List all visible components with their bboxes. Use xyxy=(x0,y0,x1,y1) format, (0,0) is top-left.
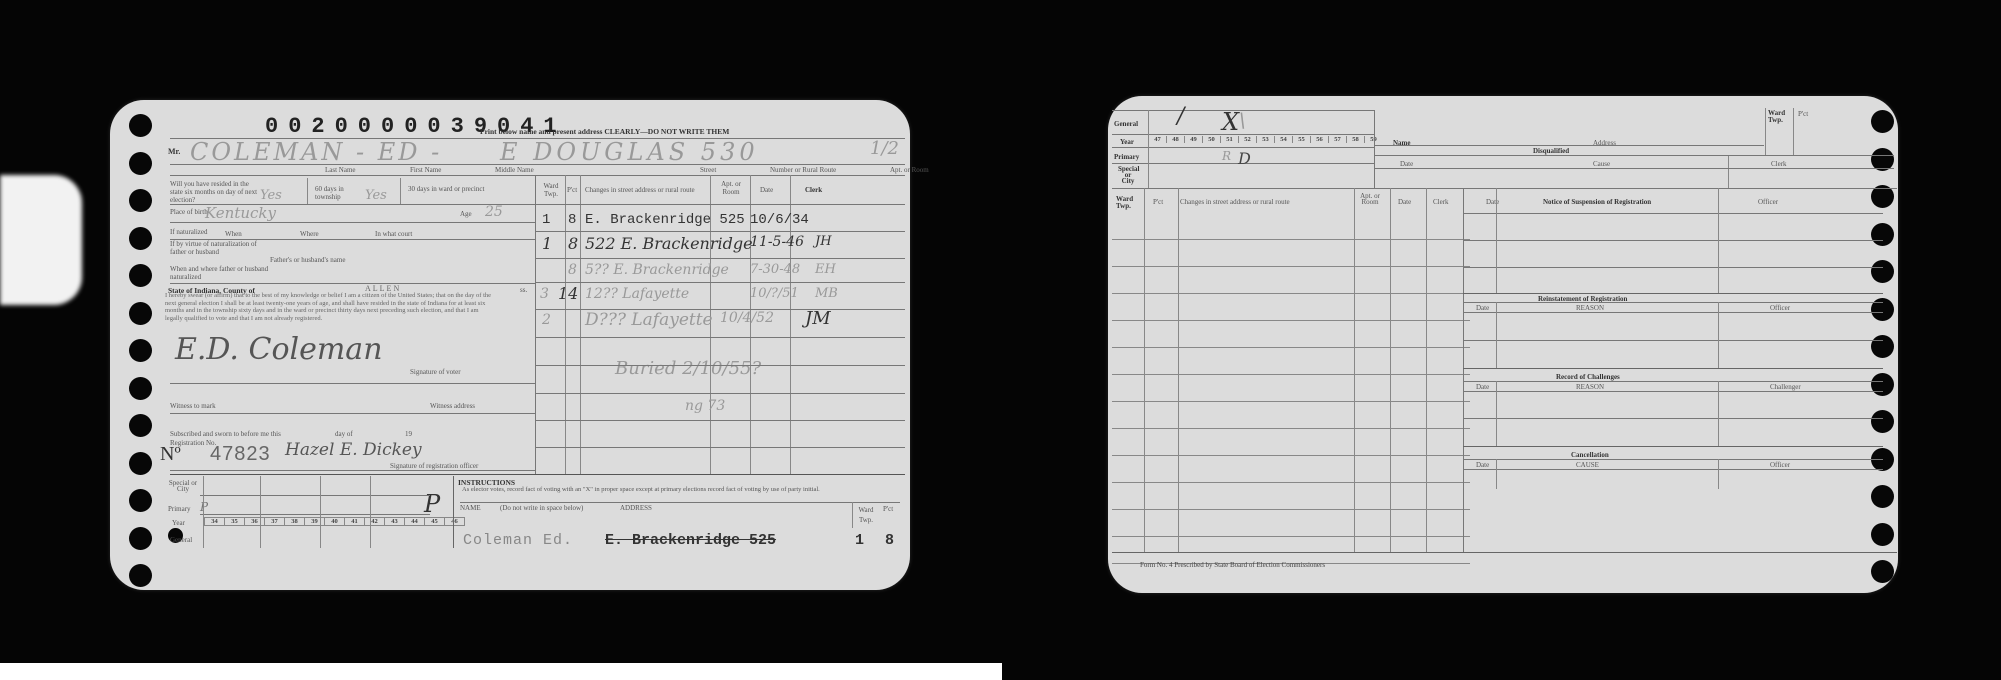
row2-address: 522 E. Brackenridge xyxy=(585,234,753,253)
col-pct: P'ct xyxy=(1153,198,1163,206)
row5-address: D??? Lafayette xyxy=(585,310,713,330)
col-ward: Ward Twp. xyxy=(1116,196,1138,210)
row2-pct: 8 xyxy=(568,234,578,253)
header-instruction: Print below name and present address CLE… xyxy=(480,127,729,136)
label-number: Number or Rural Route xyxy=(770,166,836,174)
township-answer: Yes xyxy=(365,188,387,203)
label-street: Street xyxy=(700,166,716,174)
row3-address: 5?? E. Brackenridge xyxy=(585,262,729,278)
row5-clerk: JM xyxy=(805,308,831,329)
court-label: In what court xyxy=(375,230,412,238)
row1-date: 10/6/34 xyxy=(750,212,809,228)
ward-pct-value: 1/2 xyxy=(870,138,899,159)
changes-grid xyxy=(1112,213,1470,573)
registration-card-front: 0020000039041 Print below name and prese… xyxy=(110,100,910,590)
cancellation-date-label: Date xyxy=(1476,461,1489,469)
row4-date: 10/?/51 xyxy=(750,286,799,301)
reinstatement-date-label: Date xyxy=(1476,304,1489,312)
no-prefix: Nº xyxy=(160,443,181,466)
row-label-primary: Primary xyxy=(1114,153,1139,161)
father-name-label: Father's or husband's name xyxy=(270,256,345,264)
suspension-title: Notice of Suspension of Registration xyxy=(1543,198,1651,206)
year-cells: 34 35 36 37 38 39 40 41 42 43 44 45 46 xyxy=(203,517,465,526)
col-changes: Changes in street address or rural route xyxy=(585,186,695,194)
label-disqualified: Disqualified xyxy=(1533,147,1569,155)
primary-mark-34: P xyxy=(200,500,208,514)
witness-address-label: Witness address xyxy=(430,402,475,410)
voter-name: COLEMAN - ED - xyxy=(190,138,442,166)
year-prefix: 19 xyxy=(405,430,412,438)
challenges-reason-label: REASON xyxy=(1576,383,1604,391)
row1-ward: 1 xyxy=(542,212,550,228)
punch-holes xyxy=(1871,110,1894,583)
birth-label: Place of birth xyxy=(170,208,208,216)
row2-date: 11-5-46 xyxy=(750,234,804,250)
stub-name-label: NAME xyxy=(460,504,481,512)
age-label: Age xyxy=(460,210,472,218)
row1-pct: 8 xyxy=(568,212,576,228)
row4-clerk: MB xyxy=(815,286,838,301)
stub-pct: 8 xyxy=(885,532,894,549)
stub-address-label: ADDRESS xyxy=(620,504,652,512)
general-mark-51: X xyxy=(1222,108,1239,136)
birth-value: Kentucky xyxy=(205,204,276,222)
row-label-year: Year xyxy=(172,519,185,527)
residence-question: Will you have resided in the state six m… xyxy=(170,180,260,204)
col-changes: Changes in street address or rural route xyxy=(1180,198,1290,206)
day-label: day of xyxy=(335,430,353,438)
row2-clerk: JH xyxy=(815,234,832,249)
suspension-date-label: Date xyxy=(1486,198,1499,206)
row-label-general: General xyxy=(170,536,192,544)
col-apt: Apt. or Room xyxy=(715,180,747,196)
general-mark-52: \ xyxy=(1239,108,1246,132)
where-label: Where xyxy=(300,230,319,238)
row-label-primary: Primary xyxy=(168,505,191,513)
row3-date: 7-30-48 xyxy=(750,262,800,277)
row4-pct: 14 xyxy=(558,284,578,303)
primary-mark-52: D xyxy=(1238,149,1251,168)
row7-note: ng 73 xyxy=(685,398,725,414)
row4-ward: 3 xyxy=(540,286,549,302)
stub-ward-label: Ward Twp. xyxy=(856,505,876,525)
cancellation-officer-label: Officer xyxy=(1770,461,1790,469)
row-label-year: Year xyxy=(1120,138,1134,146)
row-label-special: Special or City xyxy=(1118,166,1138,184)
label-middle-name: Middle Name xyxy=(495,166,534,174)
cancellation-title: Cancellation xyxy=(1571,451,1609,459)
oath-text: I hereby swear (or affirm) that to the b… xyxy=(165,292,495,322)
label-last-name: Last Name xyxy=(325,166,356,174)
label-first-name: First Name xyxy=(410,166,441,174)
when-label: When xyxy=(225,230,242,238)
challenges-date-label: Date xyxy=(1476,383,1489,391)
registration-number: 47823 xyxy=(210,443,271,466)
label-cause: Cause xyxy=(1593,160,1610,168)
row-label-special: Special or City xyxy=(168,480,198,492)
light-leak xyxy=(0,175,82,305)
punch-holes xyxy=(129,114,152,587)
label-apt: Apt. or Room xyxy=(890,166,929,174)
col-clerk: Clerk xyxy=(1433,198,1449,206)
ward-days-label: 30 days in ward or precinct xyxy=(408,185,488,193)
witness-label: Witness to mark xyxy=(170,402,216,410)
stub-address: E. Brackenridge 525 xyxy=(605,532,776,549)
label-pct: P'ct xyxy=(1798,110,1808,118)
voter-signature-label: Signature of voter xyxy=(410,368,461,376)
label-clerk: Clerk xyxy=(1771,160,1787,168)
stub-note: (Do not write in space below) xyxy=(500,504,583,512)
subscribed-label: Subscribed and sworn to before me this xyxy=(170,430,281,438)
age-value: 25 xyxy=(485,204,503,220)
stub-pct-label: P'ct xyxy=(883,505,893,513)
col-ward: Ward Twp. xyxy=(538,182,564,198)
officer-signature: Hazel E. Dickey xyxy=(285,440,422,460)
township-label: 60 days in township xyxy=(315,185,370,201)
col-pct: P'ct xyxy=(567,186,577,194)
reinstatement-officer-label: Officer xyxy=(1770,304,1790,312)
primary-mark-51: R xyxy=(1222,149,1231,163)
father-label: If by virtue of naturalization of father… xyxy=(170,241,260,256)
general-mark-48: / xyxy=(1177,104,1184,129)
col-clerk: Clerk xyxy=(805,186,822,194)
row3-pct: 8 xyxy=(568,262,577,278)
naturalized-label: If naturalized xyxy=(170,228,208,236)
reinstatement-reason-label: REASON xyxy=(1576,304,1604,312)
row3-clerk: EH xyxy=(815,262,836,277)
row-label-general: General xyxy=(1114,120,1138,128)
county-suffix: ss. xyxy=(520,286,527,294)
cancellation-cause-label: CAUSE xyxy=(1576,461,1599,469)
label-date: Date xyxy=(1400,160,1413,168)
row2-ward: 1 xyxy=(542,234,552,253)
row5-ward: 2 xyxy=(542,312,551,328)
row5-date: 10/4/52 xyxy=(720,310,774,326)
stub-name: Coleman Ed. xyxy=(463,532,573,549)
voter-street: E DOUGLAS 530 xyxy=(500,138,759,166)
suspension-officer-label: Officer xyxy=(1758,198,1778,206)
residence-answer: Yes xyxy=(260,188,282,203)
col-date: Date xyxy=(760,186,773,194)
form-footer: Form No. 4 Prescribed by State Board of … xyxy=(1140,561,1325,569)
challenges-challenger-label: Challenger xyxy=(1770,383,1801,391)
when-where-label: When and where father or husband natural… xyxy=(170,266,280,281)
row6-note: Buried 2/10/55? xyxy=(615,358,761,379)
col-apt: Apt. or Room xyxy=(1356,193,1384,205)
row4-address: 12?? Lafayette xyxy=(585,286,689,302)
challenges-title: Record of Challenges xyxy=(1556,373,1620,381)
label-ward: Ward Twp. xyxy=(1768,110,1786,124)
row1-address: E. Brackenridge 525 xyxy=(585,212,745,228)
scan-margin xyxy=(0,663,1002,680)
instructions-text: As elector votes, record fact of voting … xyxy=(462,486,872,493)
officer-signature-label: Signature of registration officer xyxy=(390,462,478,470)
registration-card-back: General Year Primary Special or City 47 … xyxy=(1108,96,1898,593)
stub-ward: 1 xyxy=(855,532,864,549)
voter-signature: E.D. Coleman xyxy=(175,332,383,367)
title-prefix: Mr. xyxy=(168,147,180,156)
col-date: Date xyxy=(1398,198,1411,206)
year-cells: 47 48 49 50 51 52 53 54 55 56 57 58 59 xyxy=(1148,136,1382,143)
